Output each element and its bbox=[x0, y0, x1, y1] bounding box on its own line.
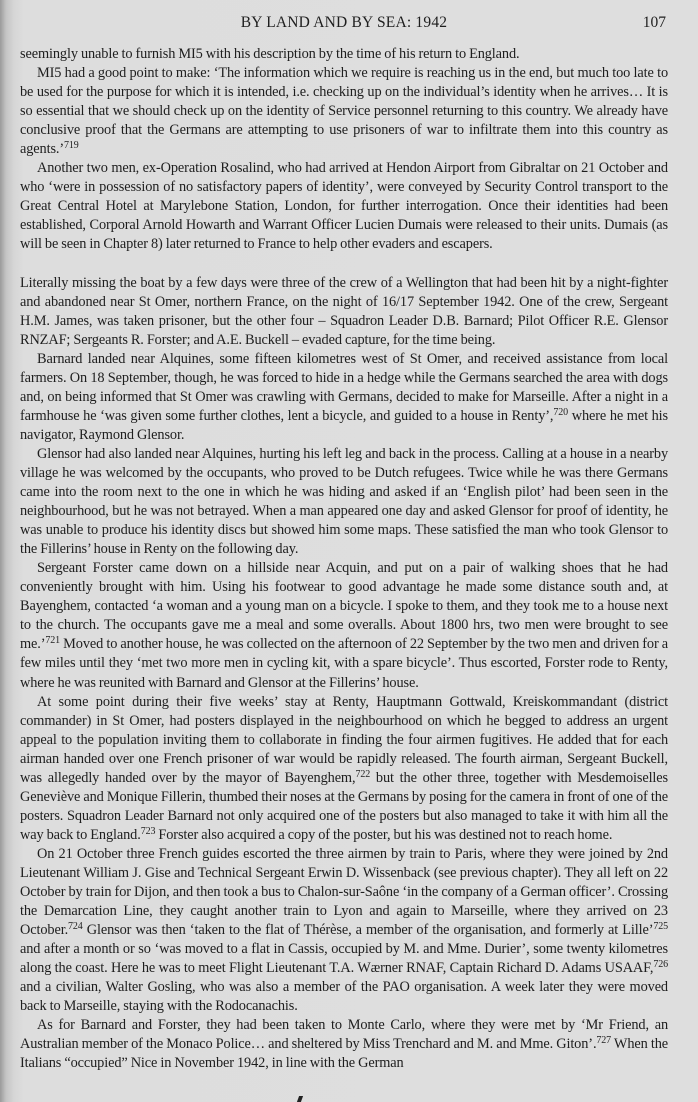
paragraph-text: and a civilian, Walter Gosling, who was … bbox=[20, 979, 668, 1014]
paragraph: Sergeant Forster came down on a hillside… bbox=[20, 559, 668, 692]
paragraph: Glensor had also landed near Alquines, h… bbox=[20, 445, 668, 559]
footnote-ref: 727 bbox=[596, 1035, 611, 1046]
paragraph-text: Glensor had also landed near Alquines, h… bbox=[20, 446, 668, 557]
footnote-ref: 720 bbox=[553, 407, 568, 418]
footnote-ref: 721 bbox=[45, 635, 60, 646]
paragraph: Literally missing the boat by a few days… bbox=[20, 274, 668, 350]
paragraph-text: MI5 had a good point to make: ‘The infor… bbox=[20, 65, 668, 157]
paragraph: seemingly unable to furnish MI5 with his… bbox=[20, 45, 668, 64]
paragraph: MI5 had a good point to make: ‘The infor… bbox=[20, 64, 668, 159]
paragraph: At some point during their five weeks’ s… bbox=[20, 693, 668, 845]
paragraph: Barnard landed near Alquines, some fifte… bbox=[20, 350, 668, 445]
paragraph-text: Forster also acquired a copy of the post… bbox=[155, 827, 612, 843]
body-text: seemingly unable to furnish MI5 with his… bbox=[20, 45, 668, 1073]
footnote-ref: 719 bbox=[64, 140, 79, 151]
footnote-ref: 723 bbox=[141, 826, 156, 837]
paragraph: Another two men, ex-Operation Rosalind, … bbox=[20, 159, 668, 254]
paragraph-text: Moved to another house, he was collected… bbox=[20, 636, 668, 690]
paragraph-text: Another two men, ex-Operation Rosalind, … bbox=[20, 160, 668, 252]
footnote-ref: 722 bbox=[355, 769, 370, 780]
paragraph-text: seemingly unable to furnish MI5 with his… bbox=[20, 46, 520, 62]
page-mark bbox=[297, 1096, 303, 1102]
running-title: BY LAND AND BY SEA: 1942 bbox=[20, 14, 668, 32]
paragraph-text: As for Barnard and Forster, they had bee… bbox=[20, 1017, 668, 1052]
footnote-ref: 724 bbox=[68, 921, 83, 932]
footnote-ref: 726 bbox=[653, 959, 668, 970]
page-number: 107 bbox=[643, 14, 666, 32]
paragraph: On 21 October three French guides escort… bbox=[20, 845, 668, 1016]
paragraph-text: Literally missing the boat by a few days… bbox=[20, 275, 668, 348]
paragraph: As for Barnard and Forster, they had bee… bbox=[20, 1016, 668, 1073]
paragraph-text: and after a month or so ‘was moved to a … bbox=[20, 941, 668, 976]
paragraph-text: Glensor was then ‘taken to the flat of T… bbox=[83, 922, 654, 938]
footnote-ref: 725 bbox=[653, 921, 668, 932]
running-head: BY LAND AND BY SEA: 1942 107 bbox=[20, 14, 668, 36]
book-page: BY LAND AND BY SEA: 1942 107 seemingly u… bbox=[0, 0, 698, 1102]
